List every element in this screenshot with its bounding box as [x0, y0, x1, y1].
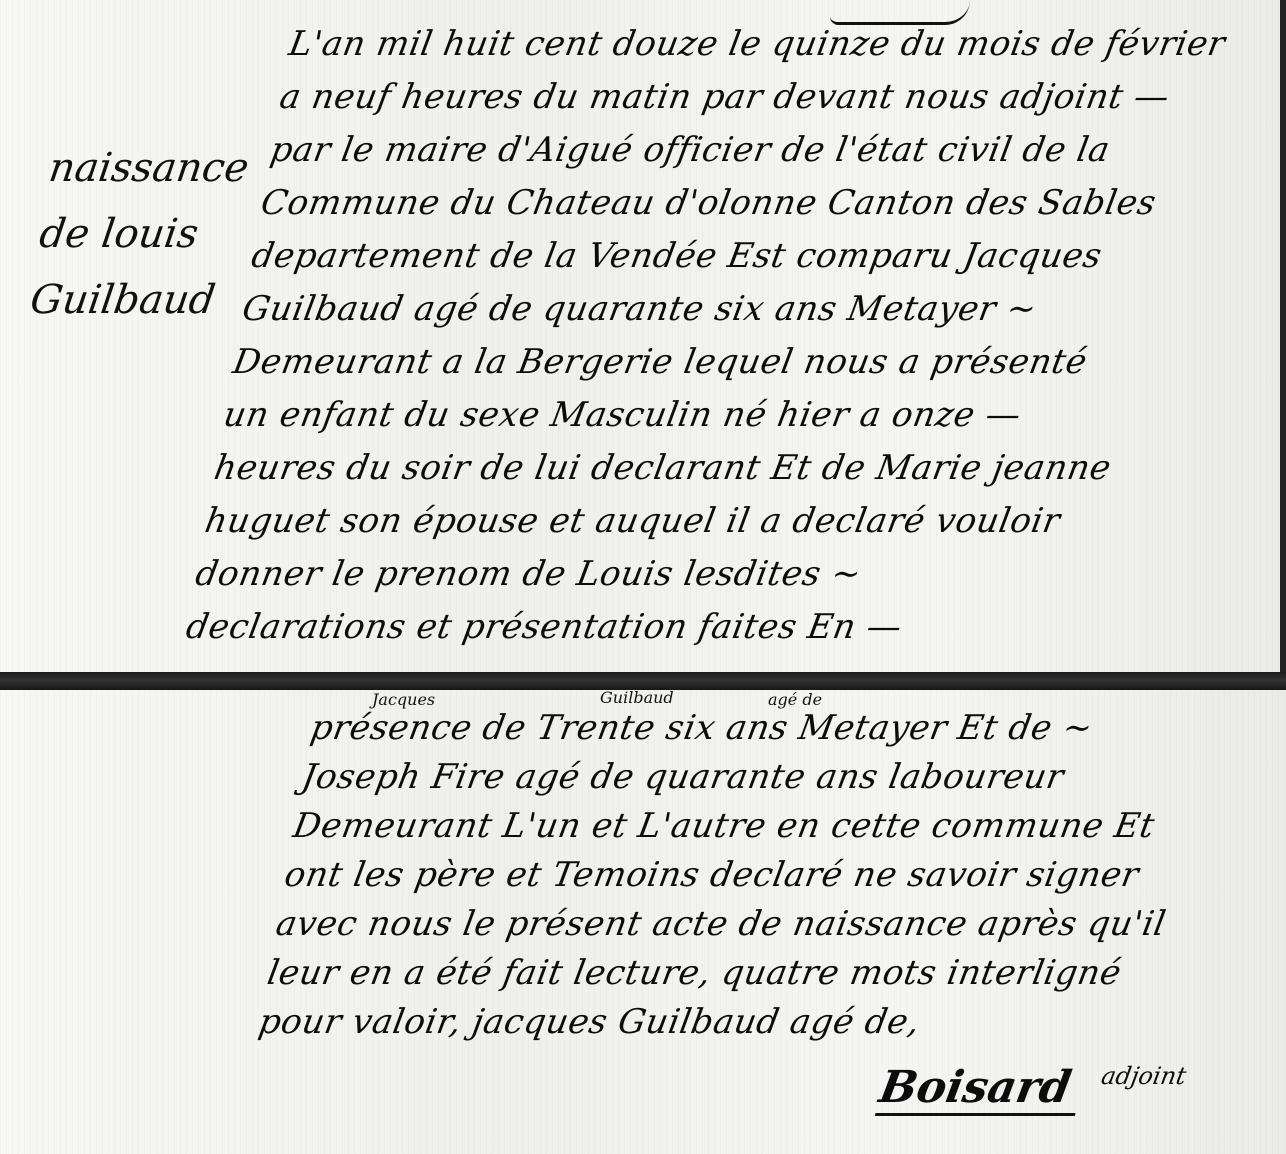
text-line: departement de la Vendée Est comparu Jac…	[247, 230, 1276, 283]
record-body-top: L'an mil huit cent douze le quinze du mo…	[182, 18, 1286, 654]
text-line: par le maire d'Aigué officier de l'état …	[266, 124, 1286, 177]
document-page-top: naissance de louis Guilbaud L'an mil hui…	[0, 0, 1286, 676]
text-line: Guilbaud agé de quarante six ans Metayer…	[238, 283, 1267, 336]
signature-block: Boisard adjoint	[876, 1062, 1189, 1113]
text-line: donner le prenom de Louis lesdites ~	[191, 548, 1220, 601]
margin-note-line: Guilbaud	[26, 267, 225, 333]
text-line: avec nous le présent acte de naissance a…	[272, 900, 1241, 949]
text-line: leur en a été fait lecture, quatre mots …	[263, 949, 1232, 998]
margin-note-line: de louis	[35, 201, 234, 267]
text-line: ont les père et Temoins declaré ne savoi…	[281, 851, 1250, 900]
text-line: pour valoir, jacques Guilbaud agé de,	[255, 998, 1224, 1047]
signature-title: adjoint	[1099, 1062, 1188, 1090]
text-line: heures du soir de lui declarant Et de Ma…	[210, 442, 1239, 495]
margin-annotation: naissance de louis Guilbaud	[26, 135, 244, 333]
page-seam-divider	[0, 672, 1286, 692]
document-page-bottom: Jacques Guilbaud agé de présence de Tren…	[0, 690, 1286, 1154]
signature: Boisard	[875, 1062, 1085, 1116]
margin-note-line: naissance	[45, 135, 244, 201]
text-line: Commune du Chateau d'olonne Canton des S…	[257, 177, 1286, 230]
record-body-bottom: présence de Trente six ans Metayer Et de…	[255, 704, 1275, 1047]
text-line: huguet son épouse et auquel il a declaré…	[201, 495, 1230, 548]
text-line: L'an mil huit cent douze le quinze du mo…	[285, 18, 1286, 71]
text-line: declarations et présentation faites En —	[182, 601, 1211, 654]
text-line: présence de Trente six ans Metayer Et de…	[307, 704, 1276, 753]
text-line: Joseph Fire agé de quarante ans laboureu…	[298, 753, 1267, 802]
text-line: Demeurant a la Bergerie lequel nous a pr…	[229, 336, 1258, 389]
text-line: Demeurant L'un et L'autre en cette commu…	[289, 802, 1258, 851]
text-line: un enfant du sexe Masculin né hier a onz…	[219, 389, 1248, 442]
text-line: a neuf heures du matin par devant nous a…	[275, 71, 1286, 124]
